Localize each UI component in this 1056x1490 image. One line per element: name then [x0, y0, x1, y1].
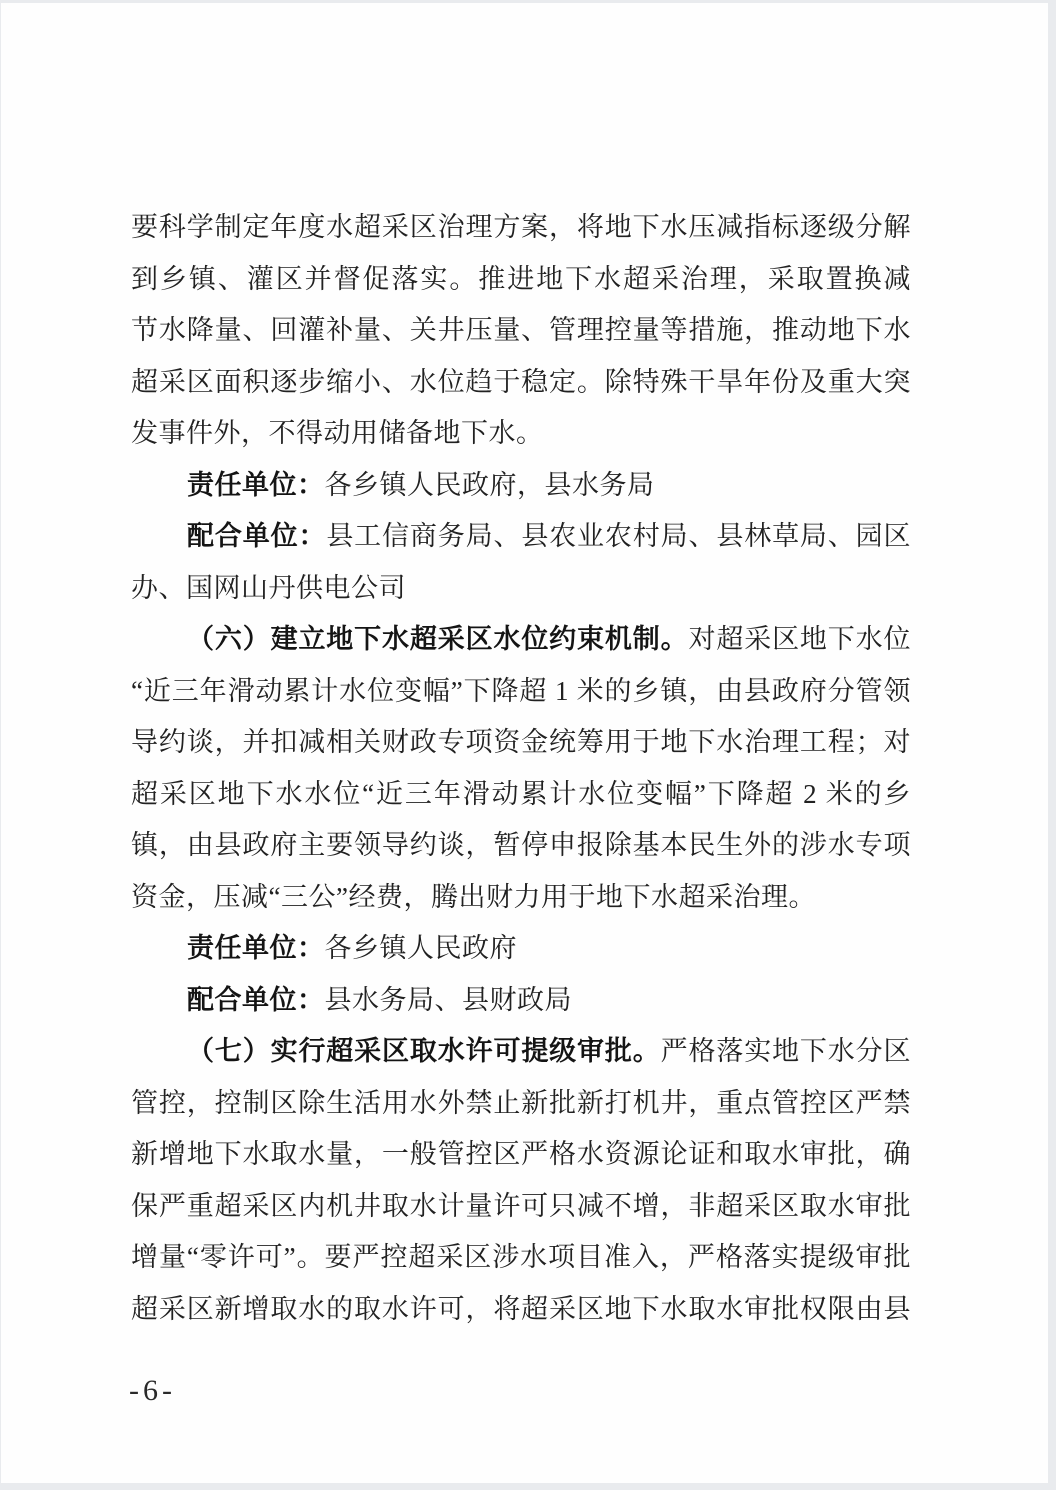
text-segment: “近三年滑动累计水位变幅”下降超 1 米的乡镇，由县政府分管领 — [131, 676, 911, 706]
text-line: 节水降量、回灌补量、关井压量、管理控量等措施，推动地下水 — [131, 305, 911, 357]
text-segment: 超采区新增取水的取水许可，将超采区地下水取水审批权限由县 — [131, 1294, 911, 1324]
text-segment-bold: 责任单位： — [187, 470, 325, 500]
document-body: 要科学制定年度水超采区治理方案，将地下水压减指标逐级分解到乡镇、灌区并督促落实。… — [131, 202, 911, 1335]
text-line: 责任单位：各乡镇人民政府，县水务局 — [131, 460, 911, 512]
text-segment: 管控，控制区除生活用水外禁止新批新打机井，重点管控区严禁 — [131, 1088, 911, 1118]
text-line: 增量“零许可”。要严控超采区涉水项目准入，严格落实提级审批 — [131, 1232, 911, 1284]
scanned-document-viewport: 要科学制定年度水超采区治理方案，将地下水压减指标逐级分解到乡镇、灌区并督促落实。… — [0, 0, 1056, 1490]
text-segment: 县水务局、县财政局 — [325, 985, 573, 1015]
text-segment: 新增地下水取水量，一般管控区严格水资源论证和取水审批，确 — [131, 1139, 911, 1169]
text-segment-bold: 配合单位： — [187, 985, 325, 1015]
text-segment: 保严重超采区内机井取水计量许可只减不增，非超采区取水审批 — [131, 1191, 911, 1221]
text-segment: 资金，压减“三公”经费，腾出财力用于地下水超采治理。 — [131, 882, 816, 912]
text-segment: 发事件外，不得动用储备地下水。 — [131, 418, 544, 448]
text-line: 要科学制定年度水超采区治理方案，将地下水压减指标逐级分解 — [131, 202, 911, 254]
text-line: 配合单位：县水务局、县财政局 — [131, 975, 911, 1027]
text-segment: 增量“零许可”。要严控超采区涉水项目准入，严格落实提级审批 — [131, 1242, 911, 1272]
text-line: 保严重超采区内机井取水计量许可只减不增，非超采区取水审批 — [131, 1181, 911, 1233]
text-line: “近三年滑动累计水位变幅”下降超 1 米的乡镇，由县政府分管领 — [131, 666, 911, 718]
page-number: -6- — [129, 1373, 176, 1409]
text-line: 到乡镇、灌区并督促落实。推进地下水超采治理，采取置换减量、 — [131, 254, 911, 306]
text-segment: 导约谈，并扣减相关财政专项资金统筹用于地下水治理工程；对 — [131, 727, 911, 757]
text-segment: 节水降量、回灌补量、关井压量、管理控量等措施，推动地下水 — [131, 315, 911, 345]
document-page: 要科学制定年度水超采区治理方案，将地下水压减指标逐级分解到乡镇、灌区并督促落实。… — [1, 3, 1048, 1483]
text-line: 责任单位：各乡镇人民政府 — [131, 923, 911, 975]
text-segment: 到乡镇、灌区并督促落实。推进地下水超采治理，采取置换减量、 — [131, 264, 911, 306]
text-segment: 对超采区地下水位 — [688, 624, 911, 654]
text-segment-bold: （七）实行超采区取水许可提级审批。 — [187, 1036, 661, 1066]
text-line: 镇，由县政府主要领导约谈，暂停申报除基本民生外的涉水专项 — [131, 820, 911, 872]
text-line: 配合单位：县工信商务局、县农业农村局、县林草局、园区 — [131, 511, 911, 563]
text-segment: 要科学制定年度水超采区治理方案，将地下水压减指标逐级分解 — [131, 212, 911, 242]
text-line: 管控，控制区除生活用水外禁止新批新打机井，重点管控区严禁 — [131, 1078, 911, 1130]
text-segment-bold: 配合单位： — [187, 521, 326, 551]
text-segment: 办、国网山丹供电公司 — [131, 573, 406, 603]
text-line: 超采区地下水水位“近三年滑动累计水位变幅”下降超 2 米的乡 — [131, 769, 911, 821]
text-segment: 各乡镇人民政府，县水务局 — [325, 470, 655, 500]
text-line: （六）建立地下水超采区水位约束机制。对超采区地下水位 — [131, 614, 911, 666]
text-segment: 超采区面积逐步缩小、水位趋于稳定。除特殊干旱年份及重大突 — [131, 367, 911, 397]
text-segment-bold: 责任单位： — [187, 933, 325, 963]
text-segment: 各乡镇人民政府 — [325, 933, 518, 963]
text-line: 办、国网山丹供电公司 — [131, 563, 911, 615]
text-line: （七）实行超采区取水许可提级审批。严格落实地下水分区 — [131, 1026, 911, 1078]
text-line: 新增地下水取水量，一般管控区严格水资源论证和取水审批，确 — [131, 1129, 911, 1181]
text-line: 发事件外，不得动用储备地下水。 — [131, 408, 911, 460]
text-line: 资金，压减“三公”经费，腾出财力用于地下水超采治理。 — [131, 872, 911, 924]
text-line: 超采区新增取水的取水许可，将超采区地下水取水审批权限由县 — [131, 1284, 911, 1336]
text-segment: 县工信商务局、县农业农村局、县林草局、园区 — [326, 521, 911, 551]
text-segment: 超采区地下水水位“近三年滑动累计水位变幅”下降超 2 米的乡 — [131, 779, 911, 809]
text-line: 超采区面积逐步缩小、水位趋于稳定。除特殊干旱年份及重大突 — [131, 357, 911, 409]
text-segment: 严格落实地下水分区 — [661, 1036, 911, 1066]
text-line: 导约谈，并扣减相关财政专项资金统筹用于地下水治理工程；对 — [131, 717, 911, 769]
text-segment: 镇，由县政府主要领导约谈，暂停申报除基本民生外的涉水专项 — [131, 830, 911, 860]
text-segment-bold: （六）建立地下水超采区水位约束机制。 — [187, 624, 688, 654]
